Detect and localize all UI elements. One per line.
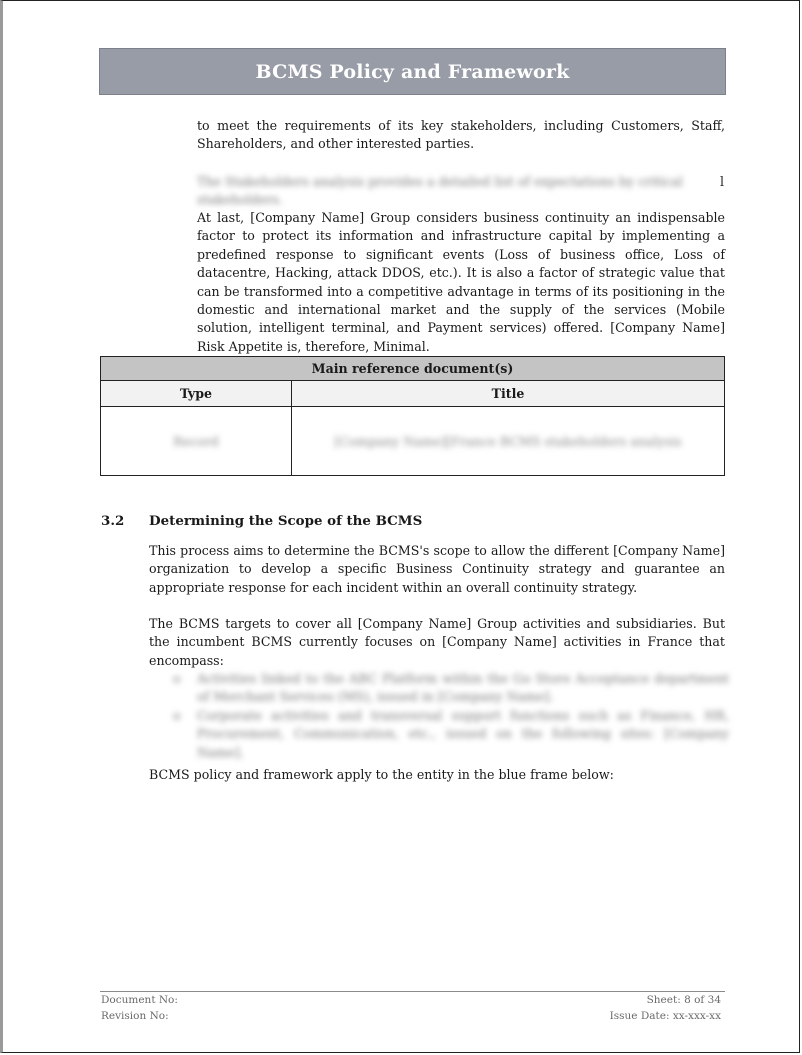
section-title: Determining the Scope of the BCMS [149,513,422,529]
redacted-paragraph: The Stakeholders analysis provides a det… [197,173,721,203]
sheet-number: Sheet: 8 of 34 [610,992,721,1008]
footer-left: Document No: Revision No: [101,992,178,1024]
bullet-icon: o [173,707,181,725]
bullet-icon: o [173,670,181,688]
table-caption: Main reference document(s) [101,357,725,381]
list-item: o Activities linked to the ABC Platform … [169,670,729,707]
scope-paragraph-2: The BCMS targets to cover all [Company N… [149,615,725,670]
page-header-title: BCMS Policy and Framework [256,61,570,83]
list-item: o Corporate activities and transversal s… [169,707,729,762]
scope-paragraph-3: BCMS policy and framework apply to the e… [149,766,725,784]
revision-number-label: Revision No: [101,1008,178,1024]
document-number-label: Document No: [101,992,178,1008]
scope-paragraph-1: This process aims to determine the BCMS'… [149,542,725,597]
footer-right: Sheet: 8 of 34 Issue Date: xx-xxx-xx [610,992,721,1024]
table-row: Record [Company Name][France BCMS stakeh… [101,407,725,476]
paragraph-end-mark: l [720,173,724,191]
cell-title: [Company Name][France BCMS stakeholders … [292,407,725,476]
risk-appetite-paragraph: At last, [Company Name] Group considers … [197,209,725,356]
section-number: 3.2 [101,513,149,529]
redacted-text: The Stakeholders analysis provides a det… [197,173,721,209]
section-heading: 3.2Determining the Scope of the BCMS [101,513,422,529]
scope-bullet-list: o Activities linked to the ABC Platform … [169,670,729,762]
page-header-banner: BCMS Policy and Framework [99,48,726,95]
issue-date: Issue Date: xx-xxx-xx [610,1008,721,1024]
cell-type: Record [101,407,292,476]
intro-paragraph: to meet the requirements of its key stak… [197,117,725,154]
reference-documents-table: Main reference document(s) Type Title Re… [100,356,725,476]
column-header-title: Title [292,381,725,407]
document-page: BCMS Policy and Framework to meet the re… [0,0,800,1053]
column-header-type: Type [101,381,292,407]
